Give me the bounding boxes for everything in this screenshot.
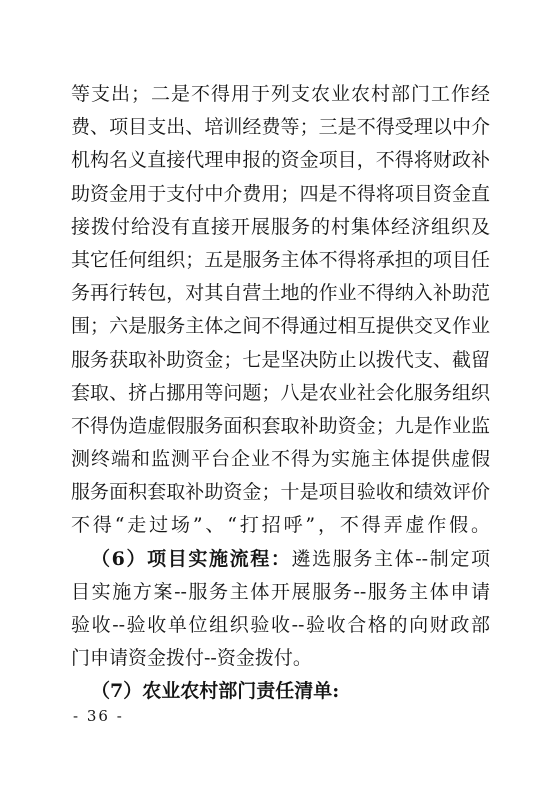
- text-line: 其它任何组织；五是服务主体不得将承担的项目任: [71, 244, 490, 277]
- line-text: 助资金用于支付中介费用；四是不得将项目资金直: [71, 183, 490, 205]
- text-line: 接拨付给没有直接开展服务的村集体经济组织及: [71, 211, 490, 244]
- line-text: 等支出；二是不得用于列支农业农村部门工作经: [71, 83, 490, 105]
- line-text: 务再行转包，对其自营土地的作业不得纳入补助范: [71, 282, 490, 304]
- text-line: 服务面积套取补助资金；十是项目验收和绩效评价: [71, 476, 490, 509]
- text-line: 助资金用于支付中介费用；四是不得将项目资金直: [71, 178, 490, 211]
- text-line: 等支出；二是不得用于列支农业农村部门工作经: [71, 78, 490, 111]
- line-text: 套取、挤占挪用等问题；八是农业社会化服务组织: [71, 382, 490, 404]
- line-text: 机构名义直接代理申报的资金项目，不得将财政补: [71, 149, 490, 171]
- line-text: 费、项目支出、培训经费等；三是不得受理以中介: [71, 116, 490, 138]
- text-line: 费、项目支出、培训经费等；三是不得受理以中介: [71, 111, 490, 144]
- text-line: 目实施方案--服务主体开展服务--服务主体申请: [71, 576, 490, 609]
- bold-heading: （6）项目实施流程：: [91, 548, 292, 570]
- text-line: 服务获取补助资金；七是坚决防止以拨代支、截留: [71, 344, 490, 377]
- text-line: 不得伪造虚假服务面积套取补助资金；九是作业监: [71, 410, 490, 443]
- text-line: 围；六是服务主体之间不得通过相互提供交叉作业: [71, 310, 490, 343]
- text-line: （6）项目实施流程：遴选服务主体--制定项: [71, 543, 490, 576]
- document-body: 等支出；二是不得用于列支农业农村部门工作经费、项目支出、培训经费等；三是不得受理…: [71, 78, 490, 709]
- line-text: 遴选服务主体--制定项: [292, 548, 491, 570]
- text-line: 验收--验收单位组织验收--验收合格的向财政部: [71, 609, 490, 642]
- line-text: 接拨付给没有直接开展服务的村集体经济组织及: [71, 216, 490, 238]
- page-number: - 36 -: [73, 707, 124, 725]
- bold-heading: （7）农业农村部门责任清单:: [91, 680, 339, 702]
- line-text: 测终端和监测平台企业不得为实施主体提供虚假: [71, 448, 490, 470]
- text-line: 不得“走过场”、“打招呼”，不得弄虚作假。: [71, 509, 490, 542]
- line-text: 不得“走过场”、“打招呼”，不得弄虚作假。: [71, 514, 490, 536]
- line-text: 服务面积套取补助资金；十是项目验收和绩效评价: [71, 481, 490, 503]
- text-line: 套取、挤占挪用等问题；八是农业社会化服务组织: [71, 377, 490, 410]
- line-text: 门申请资金拨付--资金拨付。: [71, 647, 312, 669]
- text-line: 测终端和监测平台企业不得为实施主体提供虚假: [71, 443, 490, 476]
- text-line: 机构名义直接代理申报的资金项目，不得将财政补: [71, 144, 490, 177]
- line-text: 围；六是服务主体之间不得通过相互提供交叉作业: [71, 315, 490, 337]
- line-text: 不得伪造虚假服务面积套取补助资金；九是作业监: [71, 415, 490, 437]
- document-page: 等支出；二是不得用于列支农业农村部门工作经费、项目支出、培训经费等；三是不得受理…: [0, 0, 559, 793]
- line-text: 服务获取补助资金；七是坚决防止以拨代支、截留: [71, 349, 490, 371]
- text-line: （7）农业农村部门责任清单:: [71, 675, 490, 708]
- line-text: 目实施方案--服务主体开展服务--服务主体申请: [71, 581, 490, 603]
- text-line: 务再行转包，对其自营土地的作业不得纳入补助范: [71, 277, 490, 310]
- line-text: 其它任何组织；五是服务主体不得将承担的项目任: [71, 249, 490, 271]
- text-line: 门申请资金拨付--资金拨付。: [71, 642, 490, 675]
- line-text: 验收--验收单位组织验收--验收合格的向财政部: [71, 614, 490, 636]
